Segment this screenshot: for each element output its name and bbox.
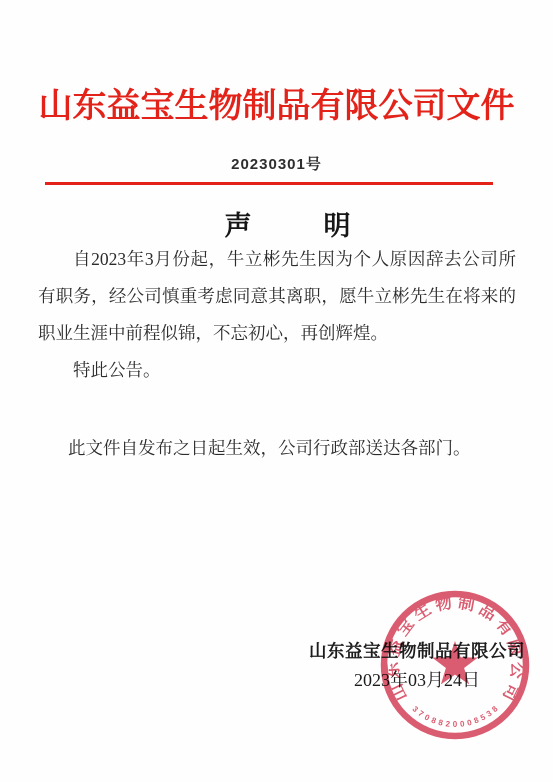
svg-text:生: 生 [410, 598, 435, 624]
svg-text:5: 5 [479, 712, 488, 722]
svg-text:8: 8 [430, 716, 438, 726]
svg-text:宝: 宝 [392, 614, 418, 640]
svg-text:物: 物 [434, 592, 454, 615]
signature-block: 山东益宝生物制品有限公司 2023年03月24日 [309, 637, 525, 695]
svg-text:8: 8 [437, 718, 444, 728]
document-number: 20230301号 [0, 153, 553, 174]
document-header-title: 山东益宝生物制品有限公司文件 [0, 78, 553, 127]
svg-text:3: 3 [485, 708, 494, 718]
svg-text:2: 2 [445, 719, 451, 729]
svg-text:0: 0 [466, 718, 473, 728]
svg-text:3: 3 [411, 704, 421, 714]
svg-text:0: 0 [423, 713, 432, 723]
statement-title-char-1: 声 [225, 204, 252, 243]
signature-date: 2023年03月24日 [309, 666, 525, 695]
svg-text:0: 0 [453, 720, 458, 729]
svg-text:制: 制 [457, 593, 477, 615]
svg-text:8: 8 [490, 704, 500, 714]
svg-text:7: 7 [416, 709, 425, 719]
effective-date-line: 此文件自发布之日起生效，公司行政部送达各部门。 [38, 430, 516, 467]
svg-text:品: 品 [476, 599, 500, 624]
statement-title-char-2: 明 [324, 204, 351, 243]
svg-text:0: 0 [459, 719, 465, 729]
signature-company: 山东益宝生物制品有限公司 [309, 637, 525, 666]
document-page: 山东益宝生物制品有限公司文件 20230301号 声 明 自2023年3月份起，… [0, 0, 553, 782]
red-divider-line [45, 182, 493, 185]
seal-number-text: 3708820008538 [411, 704, 500, 729]
body-paragraph: 自2023年3月份起，牛立彬先生因为个人原因辞去公司所有职务，经公司慎重考虑同意… [38, 241, 516, 352]
statement-title: 声 明 [11, 204, 553, 243]
svg-text:8: 8 [473, 715, 481, 725]
body-text-block: 自2023年3月份起，牛立彬先生因为个人原因辞去公司所有职务，经公司慎重考虑同意… [38, 241, 516, 389]
closing-line: 特此公告。 [38, 352, 516, 389]
